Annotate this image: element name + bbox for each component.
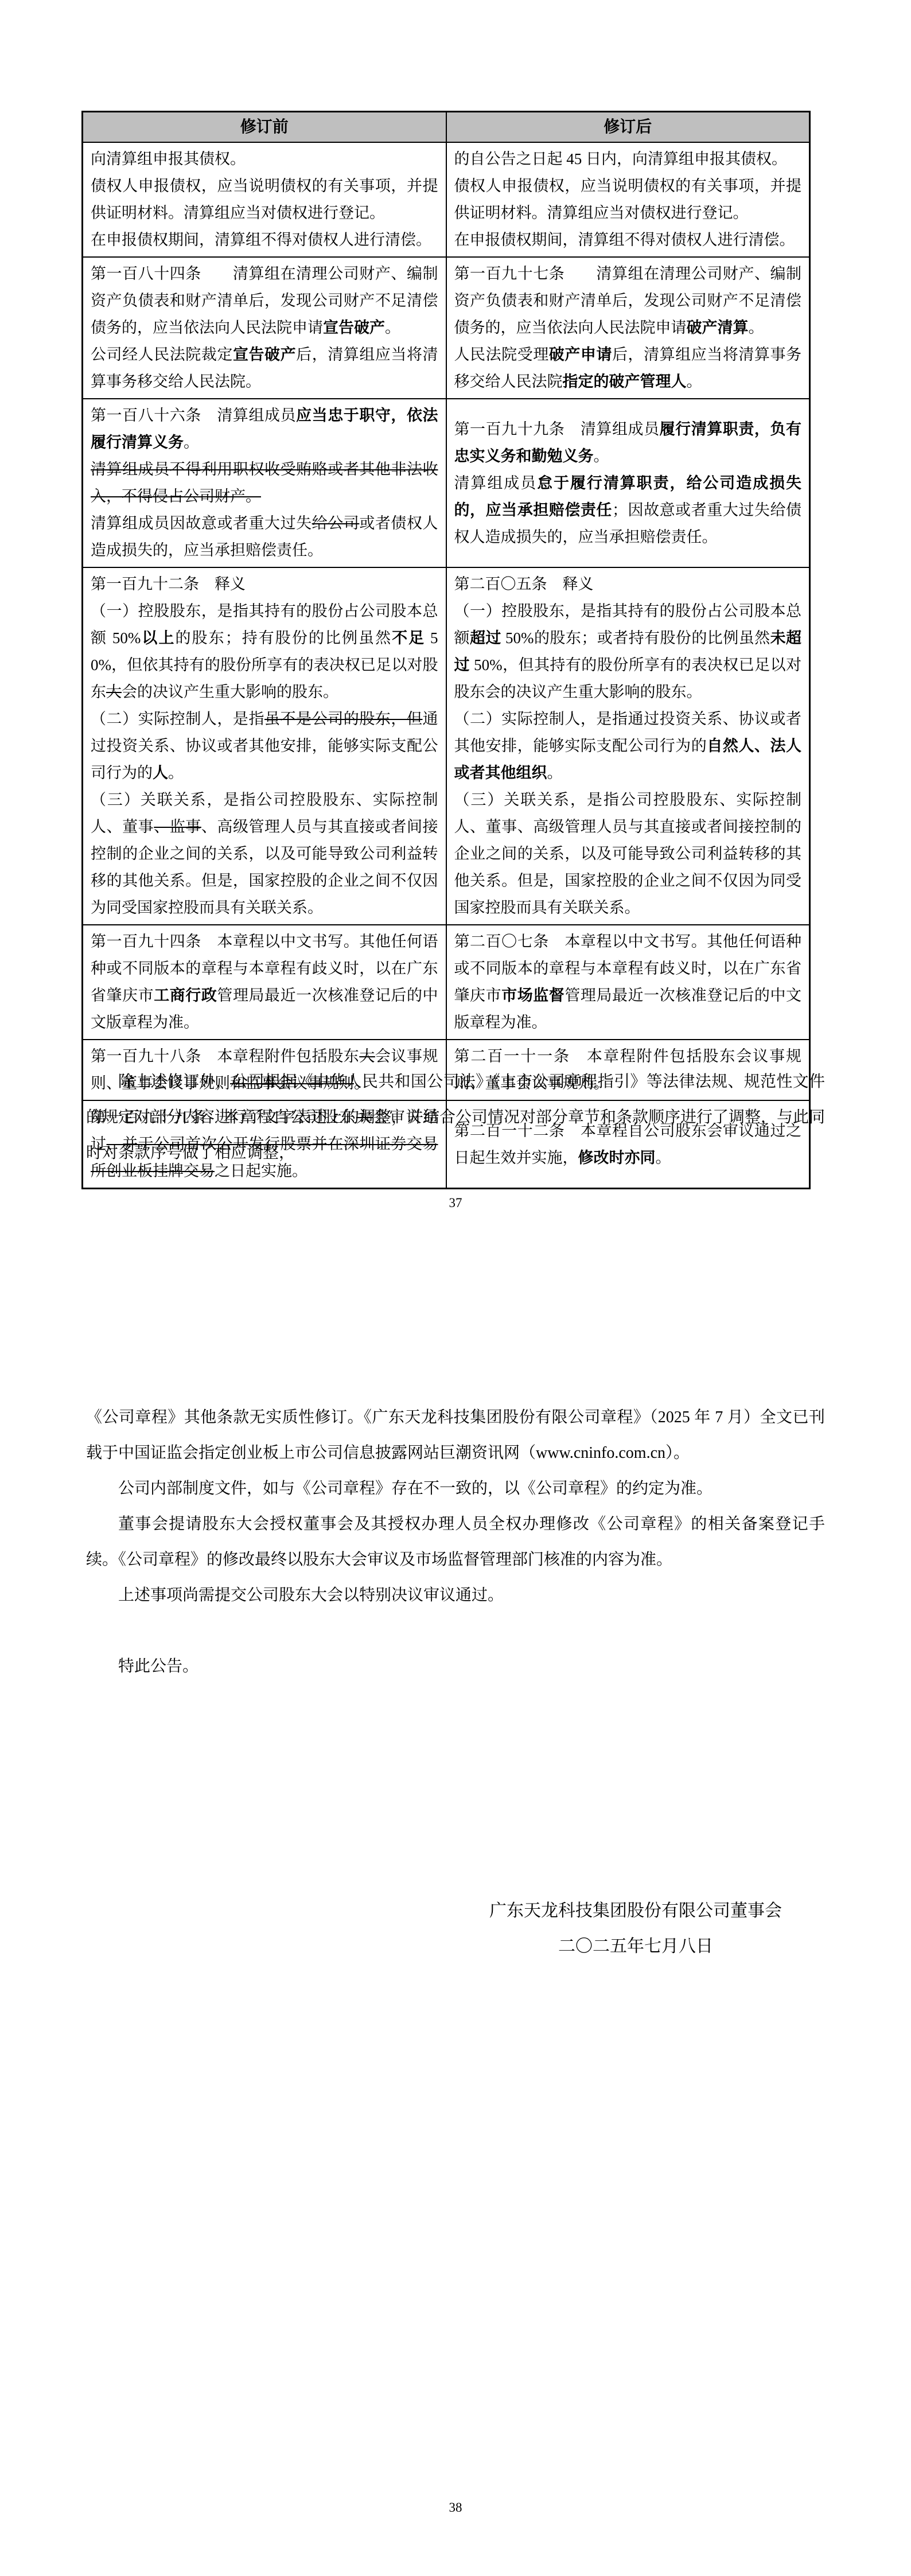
signature-company: 广东天龙科技集团股份有限公司董事会 (489, 1893, 782, 1929)
cell-before: 向清算组申报其债权。债权人申报债权，应当说明债权的有关事项，并提供证明材料。清算… (83, 142, 446, 257)
revision-comparison-table: 修订前 修订后 向清算组申报其债权。债权人申报债权，应当说明债权的有关事项，并提… (81, 111, 811, 1189)
cell-after: 第一百九十七条 清算组在清理公司财产、编制资产负债表和财产清单后，发现公司财产不… (446, 257, 810, 399)
revision-table: 修订前 修订后 向清算组申报其债权。债权人申报债权，应当说明债权的有关事项，并提… (81, 111, 811, 1189)
cell-before: 第一百八十六条 清算组成员应当忠于职守，依法履行清算义务。清算组成员不得利用职权… (83, 399, 446, 567)
cell-before: 第一百九十二条 释义（一）控股股东，是指其持有的股份占公司股本总额 50%以上的… (83, 567, 446, 925)
page2-paragraph-1: 《公司章程》其他条款无实质性修订。《广东天龙科技集团股份有限公司章程》（2025… (86, 1400, 825, 1471)
table-row: 第一百八十四条 清算组在清理公司财产、编制资产负债表和财产清单后，发现公司财产不… (83, 257, 810, 399)
cell-before: 第一百九十四条 本章程以中文书写。其他任何语种或不同版本的章程与本章程有歧义时，… (83, 925, 446, 1040)
document-canvas: 修订前 修订后 向清算组申报其债权。债权人申报债权，应当说明债权的有关事项，并提… (0, 0, 911, 2576)
page2-paragraph-4: 上述事项尚需提交公司股东大会以特别决议审议通过。 (86, 1578, 825, 1613)
page2-paragraph-2: 公司内部制度文件，如与《公司章程》存在不一致的，以《公司章程》的约定为准。 (86, 1471, 825, 1507)
page2-number: 38 (0, 2499, 911, 2516)
cell-after: 的自公告之日起 45 日内，向清算组申报其债权。债权人申报债权，应当说明债权的有… (446, 142, 810, 257)
table-row: 第一百九十四条 本章程以中文书写。其他任何语种或不同版本的章程与本章程有歧义时，… (83, 925, 810, 1040)
table-row: 第一百九十二条 释义（一）控股股东，是指其持有的股份占公司股本总额 50%以上的… (83, 567, 810, 925)
notice-line: 特此公告。 (86, 1649, 825, 1684)
cell-after: 第一百九十九条 清算组成员履行清算职责，负有忠实义务和勤勉义务。清算组成员怠于履… (446, 399, 810, 567)
column-header-after: 修订后 (446, 112, 810, 143)
cell-before: 第一百八十四条 清算组在清理公司财产、编制资产负债表和财产清单后，发现公司财产不… (83, 257, 446, 399)
revision-table-head: 修订前 修订后 (83, 112, 810, 143)
page2-paragraph-3: 董事会提请股东大会授权董事会及其授权办理人员全权办理修改《公司章程》的相关备案登… (86, 1507, 825, 1578)
signature-block: 广东天龙科技集团股份有限公司董事会 二〇二五年七月八日 (489, 1893, 782, 1964)
revision-table-body: 向清算组申报其债权。债权人申报债权，应当说明债权的有关事项，并提供证明材料。清算… (83, 142, 810, 1189)
table-row: 向清算组申报其债权。债权人申报债权，应当说明债权的有关事项，并提供证明材料。清算… (83, 142, 810, 257)
page1-number: 37 (0, 1194, 911, 1212)
signature-date: 二〇二五年七月八日 (489, 1929, 782, 1964)
column-header-before: 修订前 (83, 112, 446, 143)
page2-body: 《公司章程》其他条款无实质性修订。《广东天龙科技集团股份有限公司章程》（2025… (86, 1400, 825, 1684)
table-header-row: 修订前 修订后 (83, 112, 810, 143)
table-row: 第一百八十六条 清算组成员应当忠于职守，依法履行清算义务。清算组成员不得利用职权… (83, 399, 810, 567)
page1-closing-paragraph: 除上述修订外，公司根据《中华人民共和国公司法》《上市公司章程指引》等法律法规、规… (86, 1064, 825, 1171)
cell-after: 第二百〇七条 本章程以中文书写。其他任何语种或不同版本的章程与本章程有歧义时，以… (446, 925, 810, 1040)
cell-after: 第二百〇五条 释义（一）控股股东，是指其持有的股份占公司股本总额超过 50%的股… (446, 567, 810, 925)
